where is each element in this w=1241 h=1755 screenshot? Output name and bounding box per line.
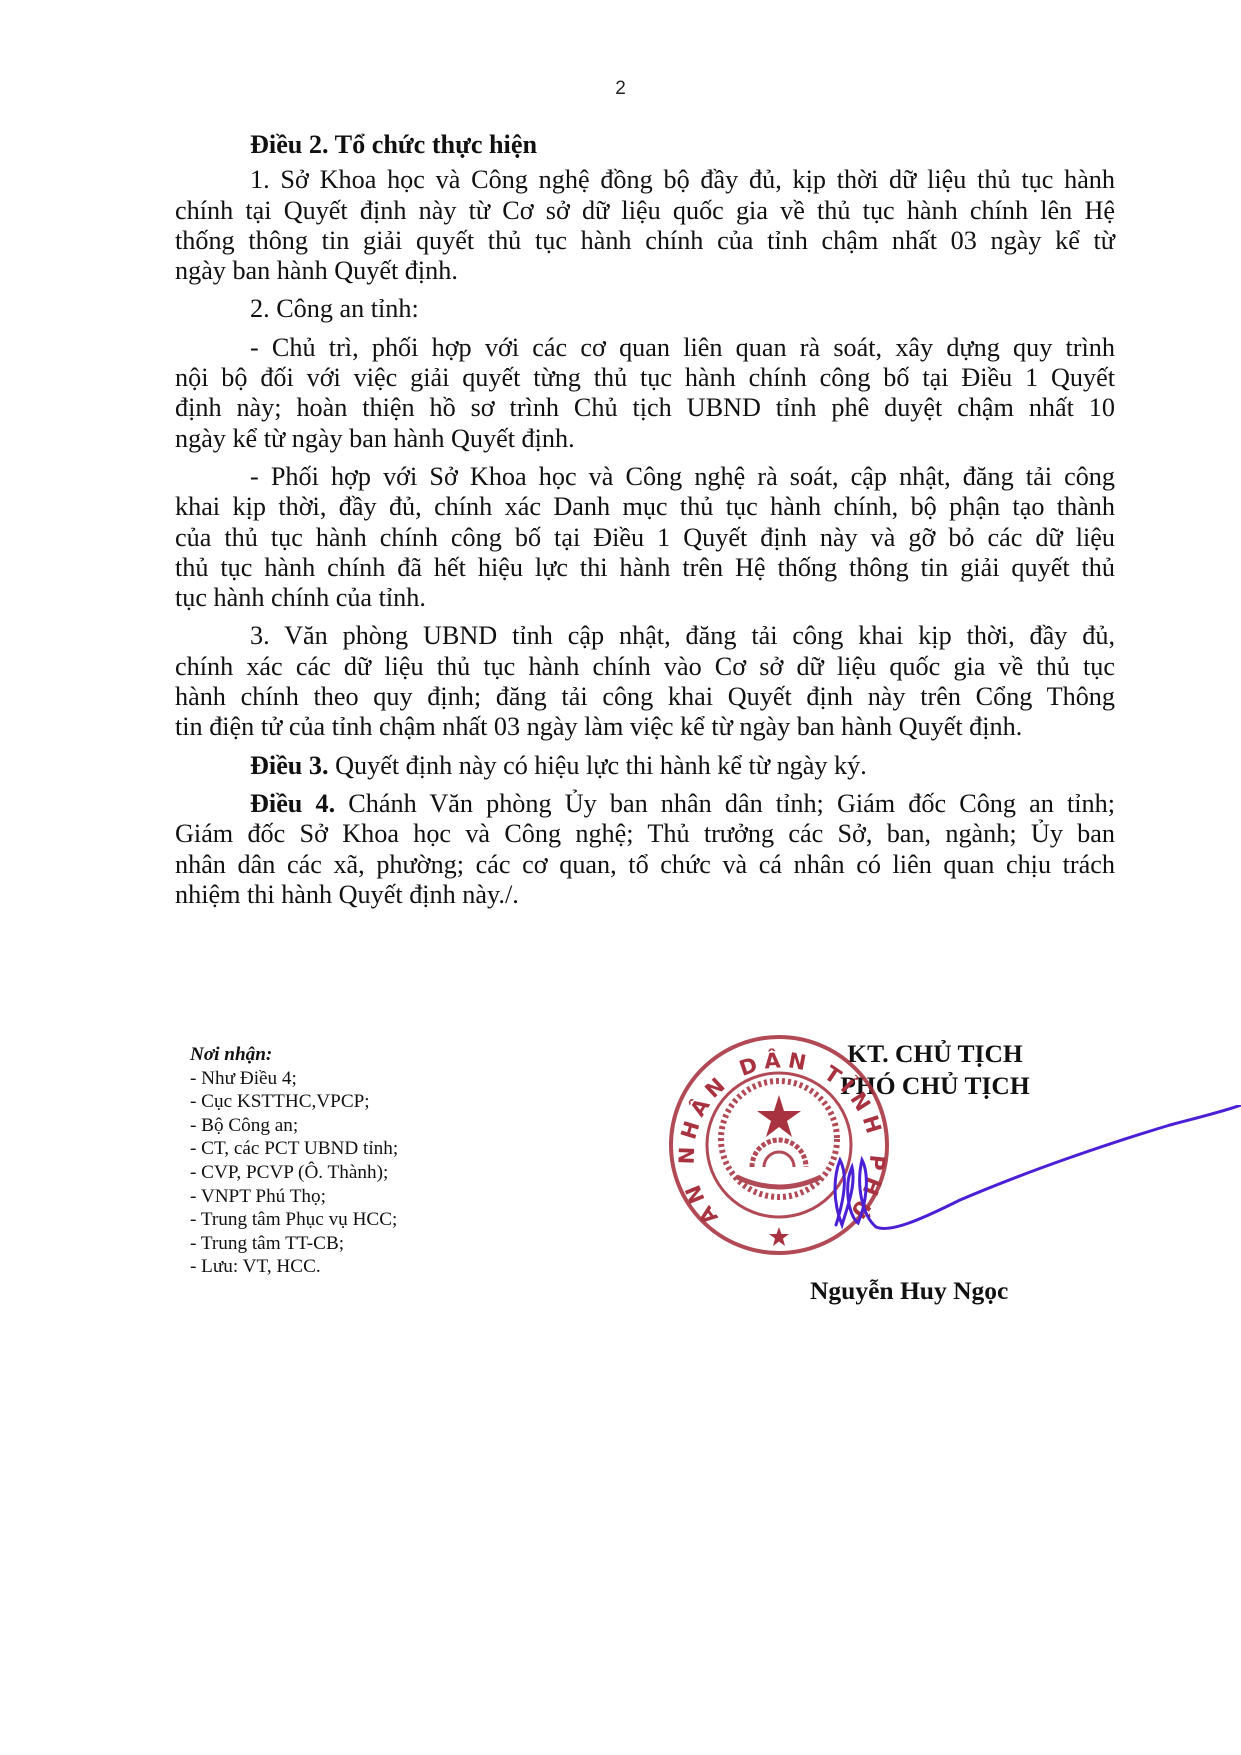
recipient-item: - Trung tâm TT-CB; — [190, 1232, 398, 1256]
article-2-item-2-bullet-2: - Phối hợp với Sở Khoa học và Công nghệ … — [175, 462, 1115, 613]
recipient-item: - Bộ Công an; — [190, 1114, 398, 1138]
text-line: Điều 4. Chánh Văn phòng Ủy ban nhân dân … — [175, 789, 1115, 819]
text-line: - Chủ trì, phối hợp với các cơ quan liên… — [175, 333, 1115, 363]
text-line: hành chính theo quy định; đăng tải công … — [175, 682, 1115, 712]
text-line: khai kịp thời, đầy đủ, chính xác Danh mụ… — [175, 492, 1115, 522]
text-line: định này; hoàn thiện hồ sơ trình Chủ tịc… — [175, 393, 1115, 423]
text-line: ngày ban hành Quyết định. — [175, 256, 1115, 286]
document-body: Điều 2. Tổ chức thực hiện 1. Sở Khoa học… — [175, 130, 1115, 910]
recipient-item: - VNPT Phú Thọ; — [190, 1185, 398, 1209]
text-line: Giám đốc Sở Khoa học và Công nghệ; Thủ t… — [175, 819, 1115, 849]
text-line: 1. Sở Khoa học và Công nghệ đồng bộ đầy … — [175, 165, 1115, 195]
text-line: nhân dân các xã, phường; các cơ quan, tổ… — [175, 850, 1115, 880]
article-2-item-2-bullet-1: - Chủ trì, phối hợp với các cơ quan liên… — [175, 333, 1115, 454]
article-4-text: Chánh Văn phòng Ủy ban nhân dân tỉnh; Gi… — [335, 789, 1115, 818]
signature-title-line-2: PHÓ CHỦ TỊCH — [780, 1070, 1090, 1102]
article-2-item-2-heading: 2. Công an tỉnh: — [175, 294, 1115, 324]
signature-title-block: KT. CHỦ TỊCH PHÓ CHỦ TỊCH — [780, 1038, 1090, 1102]
article-3: Điều 3. Quyết định này có hiệu lực thi h… — [175, 751, 1115, 781]
article-3-label: Điều 3. — [250, 751, 329, 780]
recipient-item: - Lưu: VT, HCC. — [190, 1255, 398, 1279]
article-3-text: Quyết định này có hiệu lực thi hành kể t… — [329, 751, 867, 780]
recipient-item: - Như Điều 4; — [190, 1067, 398, 1091]
recipient-item: - CVP, PCVP (Ô. Thành); — [190, 1161, 398, 1185]
text-line: tục hành chính của tỉnh. — [175, 583, 1115, 613]
recipients-title: Nơi nhận: — [190, 1043, 398, 1067]
text-line: ngày kể từ ngày ban hành Quyết định. — [175, 424, 1115, 454]
text-line: nhiệm thi hành Quyết định này./. — [175, 880, 1115, 910]
page-number: 2 — [0, 78, 1241, 100]
article-2-item-1: 1. Sở Khoa học và Công nghệ đồng bộ đầy … — [175, 165, 1115, 286]
article-4-label: Điều 4. — [250, 789, 335, 818]
text-line: 3. Văn phòng UBND tỉnh cập nhật, đăng tả… — [175, 621, 1115, 651]
text-line: của thủ tục hành chính công bố tại Điều … — [175, 523, 1115, 553]
text-line: chính xác các dữ liệu thủ tục hành chính… — [175, 652, 1115, 682]
text-line: thủ tục hành chính đã hết hiệu lực thi h… — [175, 553, 1115, 583]
article-2-item-3: 3. Văn phòng UBND tỉnh cập nhật, đăng tả… — [175, 621, 1115, 742]
article-4: Điều 4. Chánh Văn phòng Ủy ban nhân dân … — [175, 789, 1115, 910]
text-line: - Phối hợp với Sở Khoa học và Công nghệ … — [175, 462, 1115, 492]
text-line: chính tại Quyết định này từ Cơ sở dữ liệ… — [175, 196, 1115, 226]
recipient-item: - Trung tâm Phục vụ HCC; — [190, 1208, 398, 1232]
article-2-heading: Điều 2. Tổ chức thực hiện — [175, 130, 1115, 160]
text-line: thống thông tin giải quyết thủ tục hành … — [175, 226, 1115, 256]
signer-name: Nguyễn Huy Ngọc — [810, 1276, 1060, 1306]
handwritten-signature-icon — [830, 1105, 1241, 1255]
text-line: tin điện tử của tỉnh chậm nhất 03 ngày l… — [175, 712, 1115, 742]
recipient-item: - Cục KSTTHC,VPCP; — [190, 1090, 398, 1114]
recipients-list: Nơi nhận: - Như Điều 4; - Cục KSTTHC,VPC… — [190, 1043, 398, 1279]
recipient-item: - CT, các PCT UBND tỉnh; — [190, 1137, 398, 1161]
signature-title-line-1: KT. CHỦ TỊCH — [780, 1038, 1090, 1070]
text-line: nội bộ đối với việc giải quyết từng thủ … — [175, 363, 1115, 393]
